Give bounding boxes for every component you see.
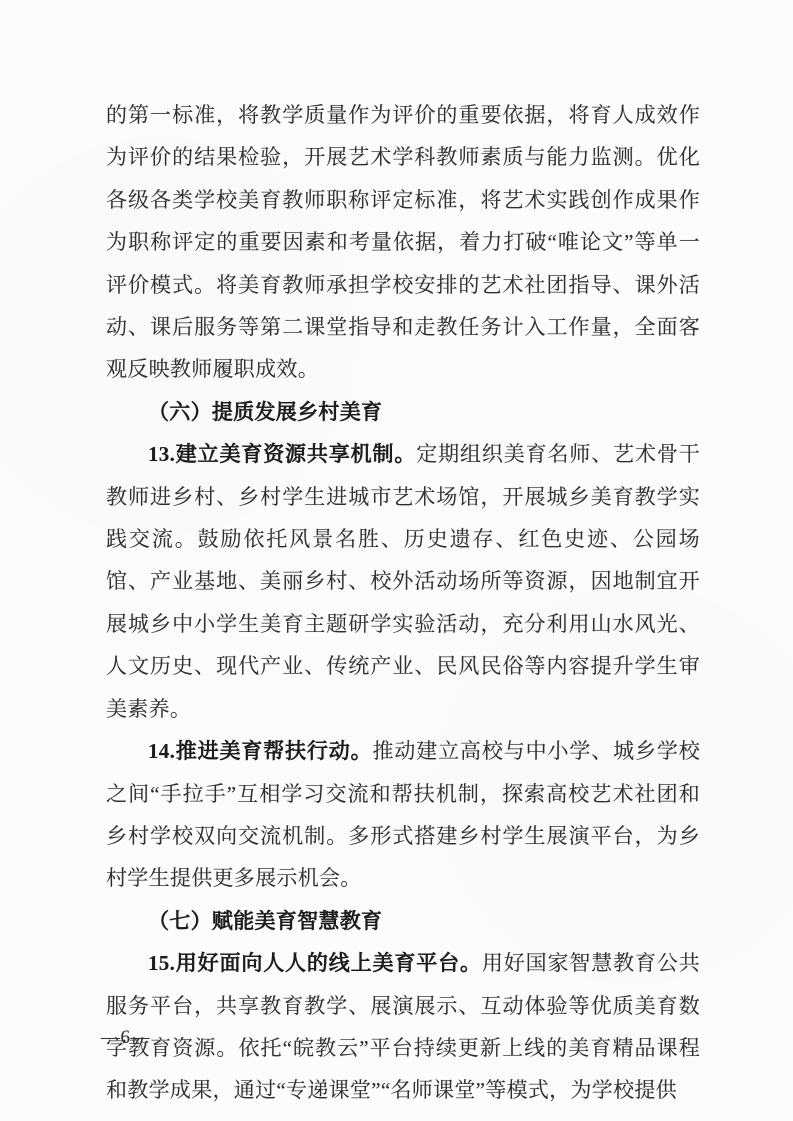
document-page: 的第一标准，将教学质量作为评价的重要依据，将育人成效作为评价的结果检验，开展艺术… xyxy=(0,0,793,1121)
paragraph: 13.建立美育资源共享机制。定期组织美育名师、艺术骨干教师进乡村、乡村学生进城市… xyxy=(106,433,700,730)
paragraph: 15.用好面向人人的线上美育平台。用好国家智慧教育公共服务平台，共享教育教学、展… xyxy=(106,942,700,1112)
paragraph-lead: 13.建立美育资源共享机制。 xyxy=(148,442,416,466)
section-heading: （六）提质发展乡村美育 xyxy=(106,391,700,433)
paragraph-lead: 14.推进美育帮扶行动。 xyxy=(148,739,373,763)
paragraph-lead: 15.用好面向人人的线上美育平台。 xyxy=(148,951,482,975)
document-body: 的第一标准，将教学质量作为评价的重要依据，将育人成效作为评价的结果检验，开展艺术… xyxy=(106,0,700,1112)
paragraph: 的第一标准，将教学质量作为评价的重要依据，将育人成效作为评价的结果检验，开展艺术… xyxy=(106,94,700,391)
section-heading: （七）赋能美育智慧教育 xyxy=(106,900,700,942)
paragraph: 14.推进美育帮扶行动。推动建立高校与中小学、城乡学校之间“手拉手”互相学习交流… xyxy=(106,730,700,900)
page-number: —6— xyxy=(101,1027,150,1049)
